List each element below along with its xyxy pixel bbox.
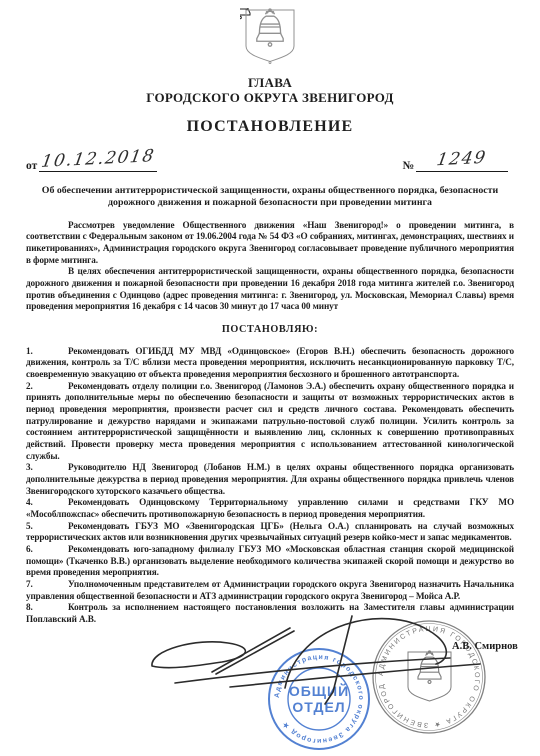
org-name-line2: ГОРОДСКОГО ОКРУГА ЗВЕНИГОРОД xyxy=(26,90,514,105)
item-number: 3. xyxy=(26,462,68,474)
item-number: 5. xyxy=(26,521,68,533)
handwritten-number: 1249 xyxy=(436,148,489,171)
document-title: Об обеспечении антитеррористической защи… xyxy=(30,185,510,209)
item-text: Рекомендовать ГБУЗ МО «Звенигородская ЦГ… xyxy=(26,521,514,543)
item-text: Рекомендовать Одинцовскому Территориальн… xyxy=(26,497,514,519)
item-number: 7. xyxy=(26,579,68,591)
item-text: Рекомендовать отделу полиции г.о. Звениг… xyxy=(26,381,514,461)
item-number: 4. xyxy=(26,497,68,509)
org-name-line1: ГЛАВА xyxy=(26,75,514,90)
blue-stamp-center-line2: ОТДЕЛ xyxy=(292,699,345,715)
purpose-paragraph: В целях обеспечения антитеррористической… xyxy=(26,266,514,313)
date-underline: 10.12.2018 xyxy=(39,149,157,172)
date-label: от xyxy=(26,160,37,172)
resolution-item-7: 7.Уполномоченным представителем от Админ… xyxy=(26,579,514,602)
item-text: Рекомендовать юго-западному филиалу ГБУЗ… xyxy=(26,544,514,577)
preamble-paragraph: Рассмотрев уведомление Общественного дви… xyxy=(26,220,514,267)
document-body: Рассмотрев уведомление Общественного дви… xyxy=(26,220,514,626)
bell-emblem-icon xyxy=(240,8,300,64)
document-type-heading: ПОСТАНОВЛЕНИЕ xyxy=(26,118,514,136)
item-text: Рекомендовать ОГИБДД МУ МВД «Одинцовское… xyxy=(26,346,514,379)
resolution-item-5: 5.Рекомендовать ГБУЗ МО «Звенигородская … xyxy=(26,521,514,544)
item-number: 1. xyxy=(26,346,68,358)
blue-stamp-center-line1: ОБЩИЙ xyxy=(289,682,349,699)
header-emblem xyxy=(26,0,514,69)
resolution-item-2: 2.Рекомендовать отделу полиции г.о. Звен… xyxy=(26,381,514,463)
document-page: ГЛАВА ГОРОДСКОГО ОКРУГА ЗВЕНИГОРОД ПОСТА… xyxy=(0,0,540,756)
official-round-stamp-icon: АДМИНИСТРАЦИЯ ГОРОДСКОГО ОКРУГА ★ ЗВЕНИГ… xyxy=(373,621,485,733)
number-underline: 1249 xyxy=(416,149,508,172)
item-text: Уполномоченным представителем от Админис… xyxy=(26,579,514,601)
signature-stamps-layer: Администрация городского округа Звенигор… xyxy=(0,600,540,756)
resolution-item-4: 4.Рекомендовать Одинцовскому Территориал… xyxy=(26,497,514,520)
item-text: Руководителю НД Звенигород (Лобанов Н.М.… xyxy=(26,462,514,495)
resolve-heading: ПОСТАНОВЛЯЮ: xyxy=(26,324,514,336)
item-number: 2. xyxy=(26,381,68,393)
handwritten-date: 10.12.2018 xyxy=(40,146,157,172)
resolution-item-3: 3.Руководителю НД Звенигород (Лобанов Н.… xyxy=(26,462,514,497)
date-number-row: от 10.12.2018 № 1249 xyxy=(26,148,514,172)
signatory-name: А.В. Смирнов xyxy=(452,641,518,652)
resolution-item-1: 1.Рекомендовать ОГИБДД МУ МВД «Одинцовск… xyxy=(26,346,514,381)
item-number: 6. xyxy=(26,544,68,556)
number-label: № xyxy=(402,160,414,172)
resolution-item-6: 6.Рекомендовать юго-западному филиалу ГБ… xyxy=(26,544,514,579)
